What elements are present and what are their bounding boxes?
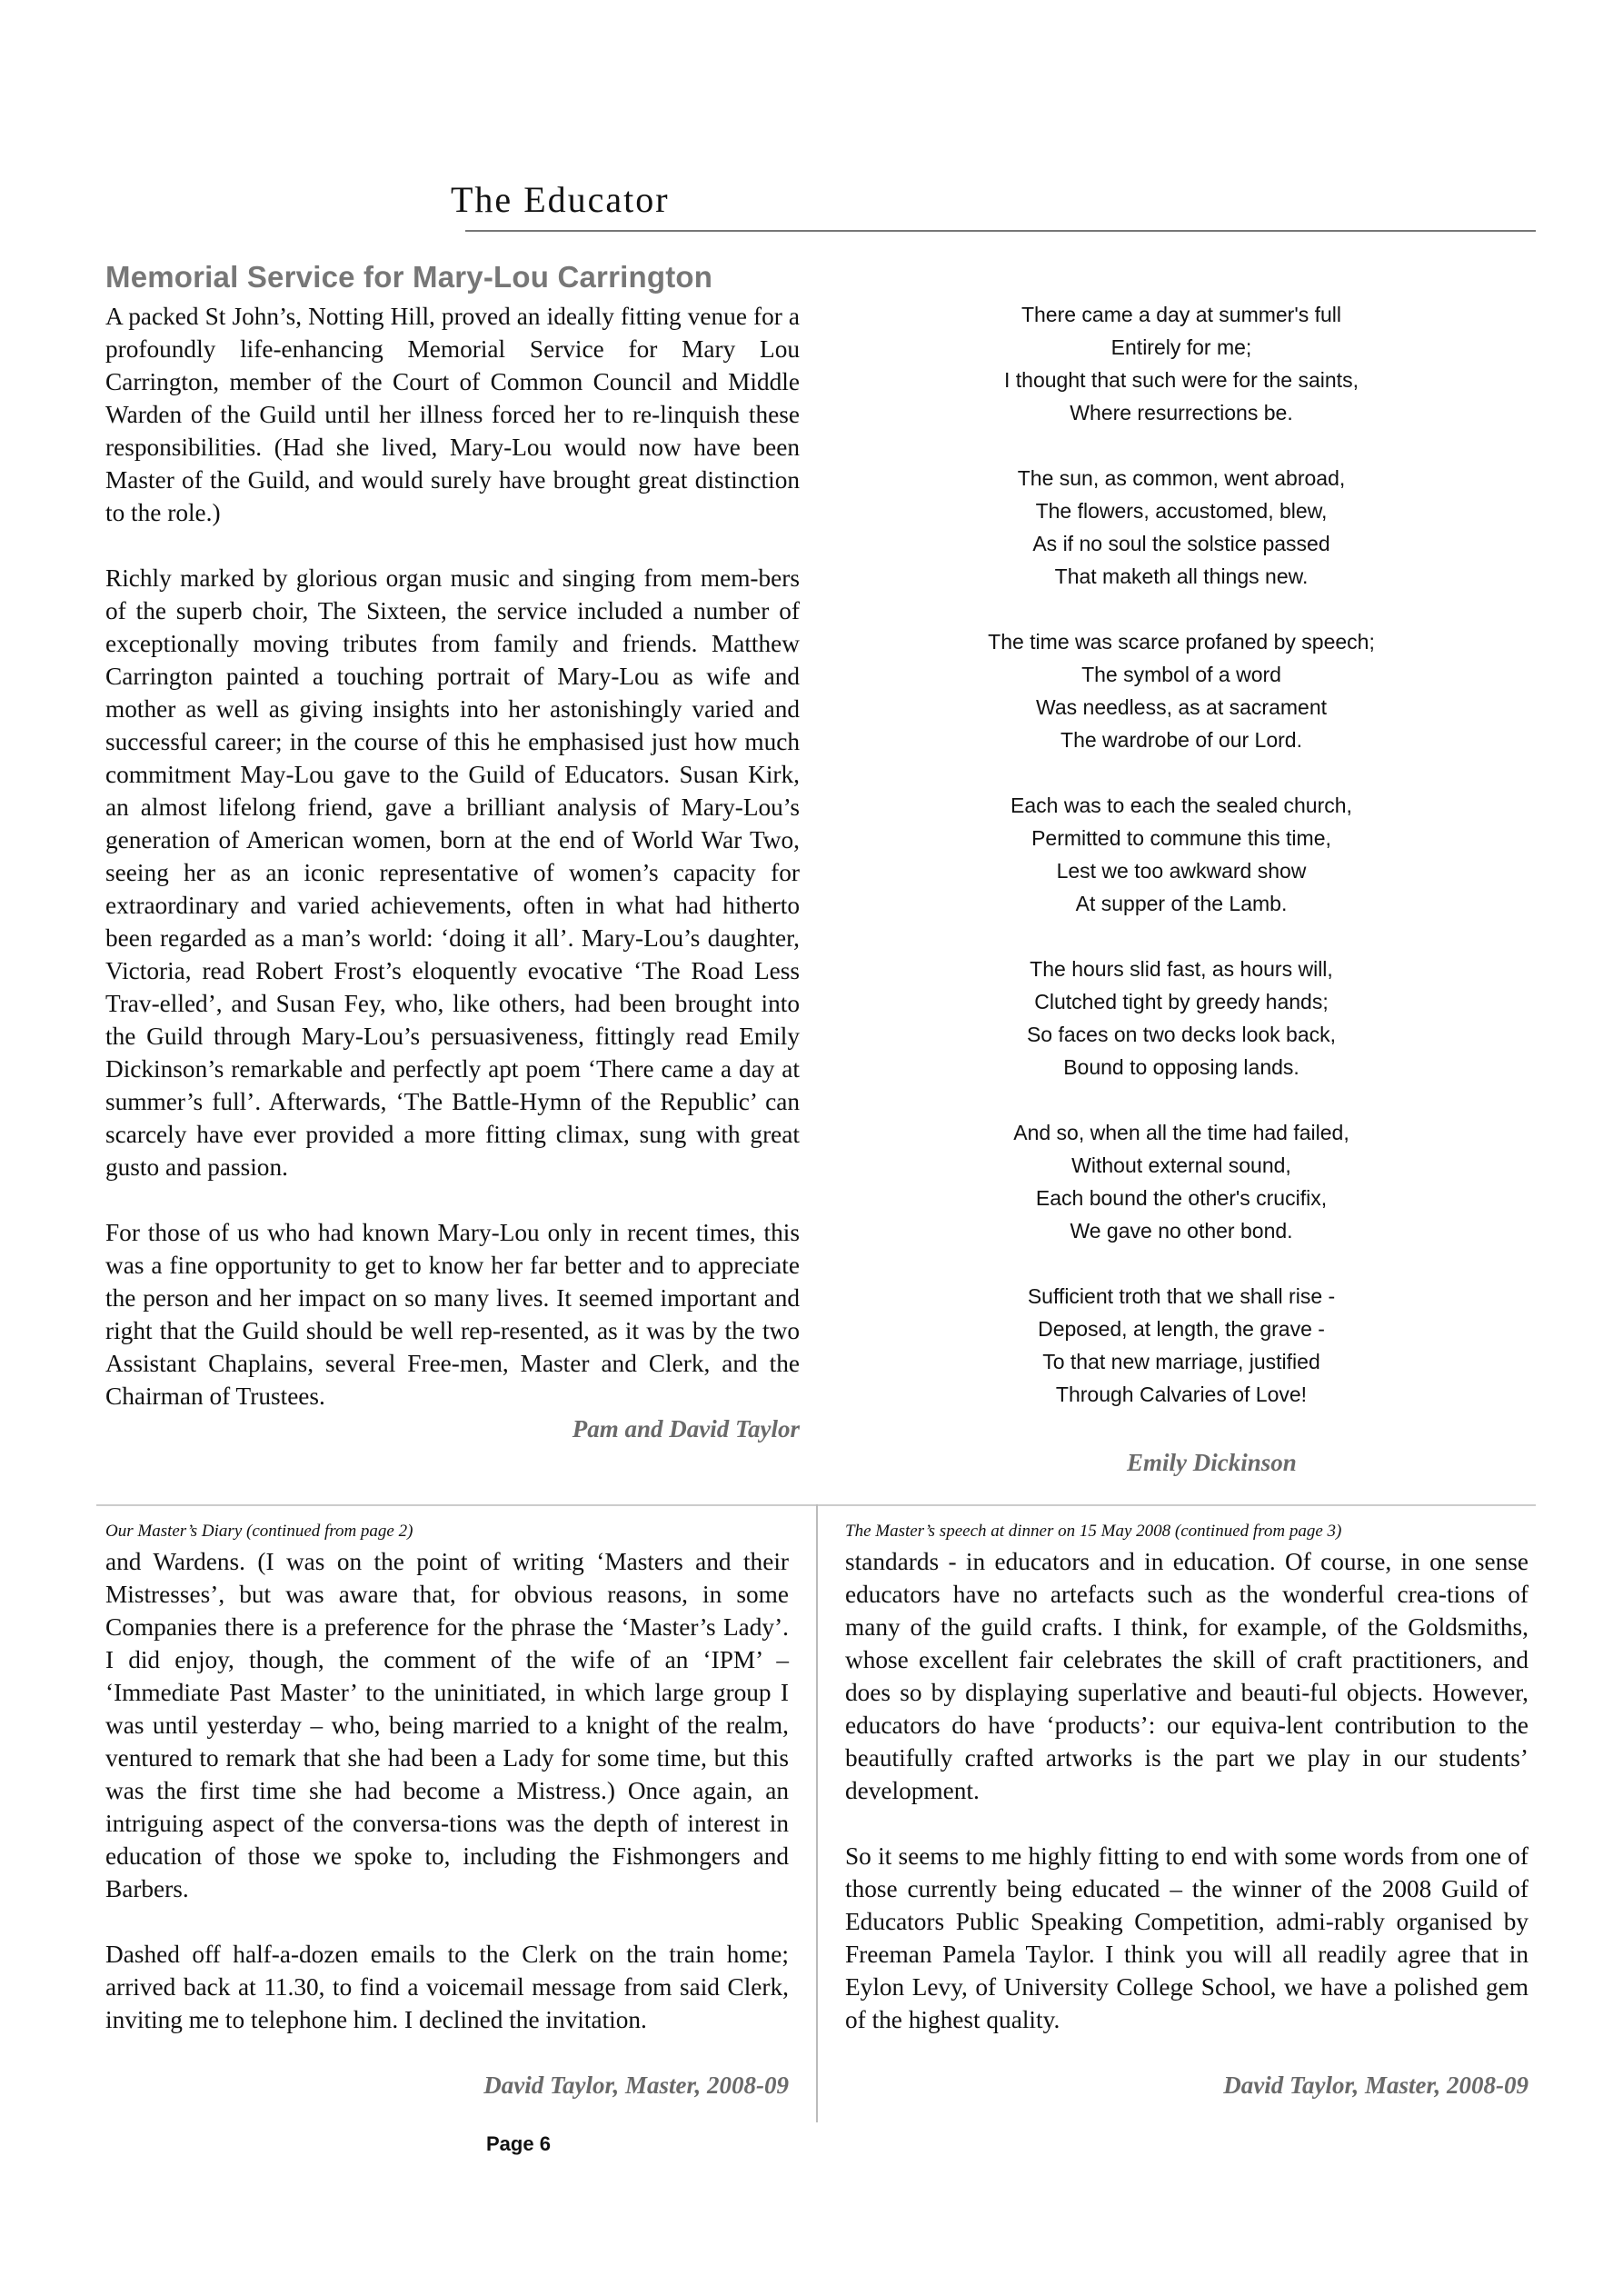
diary-kicker: Our Master’s Diary (continued from page … [105,1520,789,1543]
poem-line: Through Calvaries of Love! [909,1378,1454,1411]
poem-line: The flowers, accustomed, blew, [909,494,1454,527]
diary-paragraph: Dashed off half-a-dozen emails to the Cl… [105,1938,789,2036]
poem-stanza: The sun, as common, went abroad, The flo… [909,462,1454,593]
poem-stanza: The time was scarce profaned by speech; … [909,625,1454,756]
poem-stanza: Sufficient troth that we shall rise - De… [909,1280,1454,1411]
article-paragraph: For those of us who had known Mary-Lou o… [105,1216,800,1413]
poem-line: And so, when all the time had failed, [909,1116,1454,1149]
poem-line: To that new marriage, justified [909,1345,1454,1378]
diary-paragraph: and Wardens. (I was on the point of writ… [105,1545,789,1905]
poem-line: Lest we too awkward show [909,854,1454,887]
memorial-article: A packed St John’s, Notting Hill, proved… [105,300,800,1445]
poem-line: Where resurrections be. [909,396,1454,429]
speech-byline: David Taylor, Master, 2008-09 [845,2069,1528,2101]
poem-line: Without external sound, [909,1149,1454,1182]
poem-line: We gave no other bond. [909,1214,1454,1247]
article-paragraph: A packed St John’s, Notting Hill, proved… [105,300,800,529]
poem-stanza: And so, when all the time had failed, Wi… [909,1116,1454,1247]
poem-line: The sun, as common, went abroad, [909,462,1454,494]
speech-paragraph: standards - in educators and in educatio… [845,1545,1528,1807]
diary-column: Our Master’s Diary (continued from page … [105,1520,789,2101]
poem-stanza: There came a day at summer's full Entire… [909,298,1454,429]
poem: There came a day at summer's full Entire… [909,298,1454,1411]
diary-byline: David Taylor, Master, 2008-09 [105,2069,789,2101]
poem-stanza: Each was to each the sealed church, Perm… [909,789,1454,920]
speech-column: The Master’s speech at dinner on 15 May … [845,1520,1528,2101]
poem-byline: Emily Dickinson [1127,1449,1297,1477]
column-divider [816,1504,818,2122]
poem-line: The time was scarce profaned by speech; [909,625,1454,658]
poem-line: Was needless, as at sacrament [909,691,1454,724]
poem-line: Sufficient troth that we shall rise - [909,1280,1454,1313]
masthead-title: The Educator [451,178,670,221]
poem-line: Permitted to commune this time, [909,822,1454,854]
poem-line: There came a day at summer's full [909,298,1454,331]
masthead-rule [465,230,1536,232]
article-byline: Pam and David Taylor [105,1413,800,1445]
poem-line: That maketh all things new. [909,560,1454,593]
poem-line: At supper of the Lamb. [909,887,1454,920]
poem-stanza: The hours slid fast, as hours will, Clut… [909,953,1454,1083]
poem-line: As if no soul the solstice passed [909,527,1454,560]
poem-line: Each bound the other's crucifix, [909,1182,1454,1214]
poem-line: The wardrobe of our Lord. [909,724,1454,756]
poem-line: Each was to each the sealed church, [909,789,1454,822]
poem-line: The symbol of a word [909,658,1454,691]
poem-line: The hours slid fast, as hours will, [909,953,1454,985]
article-paragraph: Richly marked by glorious organ music an… [105,562,800,1183]
speech-paragraph: So it seems to me highly fitting to end … [845,1840,1528,2036]
poem-line: Clutched tight by greedy hands; [909,985,1454,1018]
poem-line: Deposed, at length, the grave - [909,1313,1454,1345]
poem-line: Entirely for me; [909,331,1454,364]
speech-kicker: The Master’s speech at dinner on 15 May … [845,1520,1528,1543]
poem-line: I thought that such were for the saints, [909,364,1454,396]
article-headline: Memorial Service for Mary-Lou Carrington [105,260,814,294]
poem-line: Bound to opposing lands. [909,1051,1454,1083]
page-number: Page 6 [486,2132,551,2156]
poem-line: So faces on two decks look back, [909,1018,1454,1051]
